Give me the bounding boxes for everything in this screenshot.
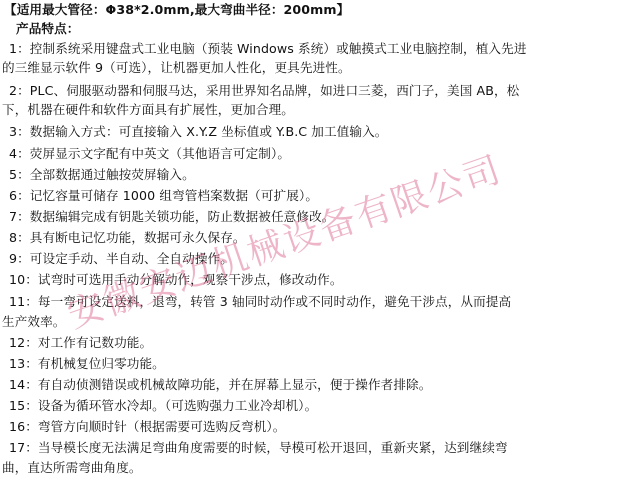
feature-12: 12：对工作有记数功能。: [9, 335, 152, 351]
feature-2-cont: 下，机器在硬件和软件方面具有扩展性，更加合理。: [2, 102, 294, 118]
features-heading: 产品特点：: [16, 21, 79, 37]
feature-17-cont: 曲，直达所需弯曲角度。: [2, 460, 142, 476]
feature-15: 15：设备为循环管水冷却。（可选购强力工业冷却机）。: [9, 398, 317, 414]
feature-3: 3：数据输入方式：可直接输入 X.Y.Z 坐标值或 Y.B.C 加工值输入。: [9, 124, 387, 140]
feature-14: 14：有自动侦测错误或机械故障功能，并在屏幕上显示，便于操作者排除。: [9, 377, 431, 393]
feature-11: 11：每一弯可设定送料，退弯，转管 3 轴同时动作或不同时动作，避免干涉点，从而…: [9, 294, 511, 310]
feature-7: 7：数据编辑完成有钥匙关锁功能，防止数据被任意修改。: [9, 209, 334, 225]
feature-1-cont: 的三维显示软件 9（可选），让机器更加人性化，更具先进性。: [2, 60, 351, 76]
spec-line: 【适用最大管径：Φ38*2.0mm,最大弯曲半径：200mm】: [4, 2, 349, 18]
feature-8: 8：具有断电记忆功能，数据可永久保存。: [9, 230, 246, 246]
feature-2: 2：PLC、伺服驱动器和伺服马达，采用世界知名品牌，如进口三菱，西门子，美国 A…: [9, 83, 519, 99]
feature-10: 10：试弯时可选用手动分解动作，观察干涉点，修改动作。: [9, 272, 343, 288]
feature-16: 16：弯管方向顺时针（根据需要可选购反弯机）。: [9, 419, 286, 435]
feature-1: 1：控制系统采用键盘式工业电脑（预装 Windows 系统）或触摸式工业电脑控制…: [9, 41, 527, 57]
feature-17: 17：当导模长度无法满足弯曲角度需要的时候，导模可松开退回，重新夹紧，达到继续弯: [9, 440, 508, 456]
feature-6: 6：记忆容量可储存 1000 组弯管档案数据（可扩展）。: [9, 188, 318, 204]
feature-5: 5：全部数据通过触按荧屏输入。: [9, 167, 195, 183]
feature-13: 13：有机械复位归零功能。: [9, 356, 165, 372]
feature-11-cont: 生产效率。: [2, 314, 65, 330]
feature-4: 4：荧屏显示文字配有中英文（其他语言可定制）。: [9, 146, 290, 162]
feature-9: 9：可设定手动、半自动、全自动操作。: [9, 251, 233, 267]
